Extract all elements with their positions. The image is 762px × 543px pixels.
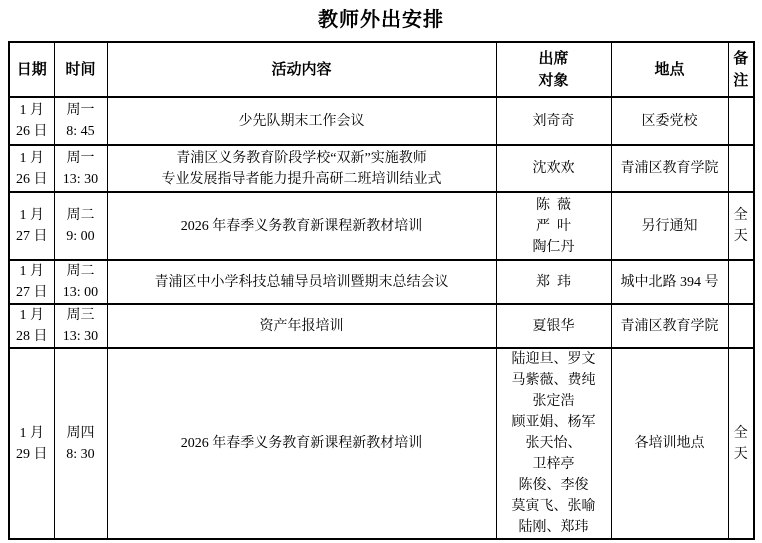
time-cell: 周四 8: 30 <box>54 348 107 539</box>
date-cell: 1 月 27 日 <box>9 192 54 260</box>
location-cell: 城中北路 394 号 <box>611 260 728 304</box>
activity-cell: 青浦区义务教育阶段学校“双新”实施教师 专业发展指导者能力提升高研二班培训结业式 <box>107 145 496 192</box>
time-cell: 周二 13: 00 <box>54 260 107 304</box>
table-row: 1 月 26 日 周一 13: 30 青浦区义务教育阶段学校“双新”实施教师 专… <box>9 145 754 192</box>
schedule-table: 日期 时间 活动内容 出席 对象 地点 备 注 1 月 26 日 周一 8: 4… <box>8 41 755 540</box>
date-cell: 1 月 29 日 <box>9 348 54 539</box>
header-date: 日期 <box>9 42 54 97</box>
header-note: 备 注 <box>728 42 754 97</box>
note-cell <box>728 260 754 304</box>
time-cell: 周二 9: 00 <box>54 192 107 260</box>
attendees-cell: 陈 薇 严 叶 陶仁丹 <box>496 192 611 260</box>
table-row: 1 月 26 日 周一 8: 45 少先队期末工作会议 刘奇奇 区委党校 <box>9 97 754 145</box>
activity-cell: 2026 年春季义务教育新课程新教材培训 <box>107 192 496 260</box>
table-row: 1 月 28 日 周三 13: 30 资产年报培训 夏银华 青浦区教育学院 <box>9 304 754 348</box>
location-cell: 各培训地点 <box>611 348 728 539</box>
attendees-cell: 郑 玮 <box>496 260 611 304</box>
activity-cell: 2026 年春季义务教育新课程新教材培训 <box>107 348 496 539</box>
table-header-row: 日期 时间 活动内容 出席 对象 地点 备 注 <box>9 42 754 97</box>
location-cell: 青浦区教育学院 <box>611 304 728 348</box>
table-row: 1 月 27 日 周二 13: 00 青浦区中小学科技总辅导员培训暨期末总结会议… <box>9 260 754 304</box>
activity-cell: 青浦区中小学科技总辅导员培训暨期末总结会议 <box>107 260 496 304</box>
date-cell: 1 月 27 日 <box>9 260 54 304</box>
note-cell: 全 天 <box>728 348 754 539</box>
note-cell <box>728 145 754 192</box>
attendees-cell: 夏银华 <box>496 304 611 348</box>
note-cell: 全 天 <box>728 192 754 260</box>
table-row: 1 月 27 日 周二 9: 00 2026 年春季义务教育新课程新教材培训 陈… <box>9 192 754 260</box>
location-cell: 另行通知 <box>611 192 728 260</box>
header-time: 时间 <box>54 42 107 97</box>
note-cell <box>728 97 754 145</box>
table-row: 1 月 29 日 周四 8: 30 2026 年春季义务教育新课程新教材培训 陆… <box>9 348 754 539</box>
location-cell: 区委党校 <box>611 97 728 145</box>
date-cell: 1 月 26 日 <box>9 97 54 145</box>
attendees-cell: 沈欢欢 <box>496 145 611 192</box>
date-cell: 1 月 28 日 <box>9 304 54 348</box>
activity-cell: 少先队期末工作会议 <box>107 97 496 145</box>
location-cell: 青浦区教育学院 <box>611 145 728 192</box>
page-title: 教师外出安排 <box>0 7 762 33</box>
time-cell: 周一 13: 30 <box>54 145 107 192</box>
header-attendees: 出席 对象 <box>496 42 611 97</box>
header-activity: 活动内容 <box>107 42 496 97</box>
time-cell: 周三 13: 30 <box>54 304 107 348</box>
time-cell: 周一 8: 45 <box>54 97 107 145</box>
header-location: 地点 <box>611 42 728 97</box>
attendees-cell: 刘奇奇 <box>496 97 611 145</box>
date-cell: 1 月 26 日 <box>9 145 54 192</box>
activity-cell: 资产年报培训 <box>107 304 496 348</box>
attendees-cell: 陆迎旦、罗文 马紫薇、费纯 张定浩 顾亚娟、杨军 张天怡、 卫梓亭 陈俊、李俊 … <box>496 348 611 539</box>
note-cell <box>728 304 754 348</box>
